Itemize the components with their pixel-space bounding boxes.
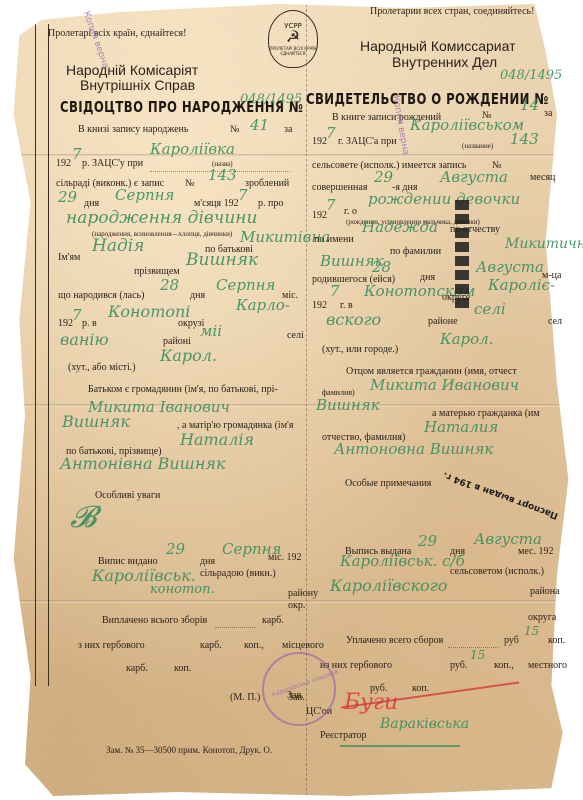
left-karb-label: карб.	[262, 615, 284, 626]
left-no-label: №	[185, 178, 195, 189]
right-surname-label: по фамилии	[390, 246, 441, 257]
left-birth-day: 28	[160, 276, 179, 294]
left-slogan: Пролетарі всіх країн, єднайтеся!	[48, 28, 186, 39]
left-event-type: народження дівчини	[66, 208, 257, 228]
left-village-label: селі	[287, 330, 304, 341]
left-karb-label: карб.	[126, 663, 148, 674]
right-child-name: Надежда	[362, 218, 438, 236]
green-signature-underline	[340, 745, 460, 747]
left-record-year: 7	[238, 186, 248, 204]
printer-imprint: Зам. № 35—30500 прим. Конотоп, Друк. О.	[106, 745, 272, 755]
right-okrug-name: Кароліє-	[488, 276, 555, 294]
left-header-line1: Народній Комісаріят	[66, 62, 198, 78]
right-rub-label: руб.	[450, 660, 467, 671]
left-okrug-name: Карло-	[236, 296, 290, 314]
right-council-label: сельсоветом (исполк.)	[450, 566, 544, 577]
right-kop-label: коп.	[548, 635, 565, 646]
right-month-label: мес. 192	[518, 546, 553, 557]
right-year-prefix: 192	[312, 136, 327, 147]
right-kop-label: коп.	[412, 683, 429, 694]
left-kop-label: коп.,	[244, 640, 264, 651]
left-birth-month: Серпня	[216, 276, 275, 294]
margin-rule	[48, 24, 49, 686]
right-title: СВИДЕТЕЛЬСТВО О РОЖДЕНИИ №	[306, 90, 549, 108]
right-zags-sub: (название)	[462, 142, 493, 150]
right-header-line1: Народный Комиссариат	[360, 38, 516, 54]
left-about-label: р. про	[258, 198, 283, 209]
right-settlement-name: Карол.	[440, 330, 494, 348]
right-record-year: 7	[326, 196, 336, 214]
right-about-label: г. о	[344, 206, 357, 217]
right-paid-label: Уплачено всего сборов	[346, 635, 443, 646]
right-record-day: 29	[374, 168, 393, 186]
left-mother-name: Наталія	[180, 430, 254, 449]
left-stamp-duty-label: з них гербового	[78, 640, 145, 651]
hammer-sickle-icon: ☭	[286, 30, 300, 46]
left-made-label: зроблений	[245, 178, 289, 189]
left-year-hw: 7	[72, 145, 82, 163]
right-rub-label: руб	[504, 635, 519, 646]
right-settlement-label: (хут., или городе.)	[322, 344, 398, 355]
left-paid-label: Виплачено всього зборів	[102, 615, 207, 626]
right-council-name: Кароліївськ. с/б	[340, 552, 465, 570]
right-birth-day: 28	[372, 258, 391, 276]
right-record-no: 143	[510, 130, 539, 148]
left-record-day: 29	[58, 188, 77, 206]
left-header-line2: Внутрішніх Справ	[80, 77, 195, 93]
right-birth-year: 7	[330, 282, 340, 300]
left-rayon-name: міі	[200, 322, 222, 340]
emblem-motto: ПРОЛЕТАРІ ВСІХ КРАЇН ЄДНАЙТЕСЯ	[269, 46, 317, 56]
left-notes-label: Особливі уваги	[95, 490, 160, 501]
black-ink-smear	[455, 200, 469, 310]
left-child-name: Надія	[92, 236, 144, 256]
left-zags-place: Кароліївка	[150, 140, 235, 158]
right-made-label: совершенная	[312, 182, 367, 193]
right-birth-month: Августа	[476, 258, 544, 276]
ussr-emblem: УСРР ☭ ПРОЛЕТАРІ ВСІХ КРАЇН ЄДНАЙТЕСЯ	[268, 10, 318, 68]
right-header-line2: Внутренних Дел	[392, 54, 497, 70]
right-record-month: Августа	[440, 168, 508, 186]
right-mother-name: Наталия	[424, 418, 498, 436]
left-day-label: дня	[200, 556, 215, 567]
left-council-region: конотоп.	[150, 582, 215, 597]
right-rayon-label: районе	[428, 316, 458, 327]
right-village-label: сел	[548, 316, 562, 327]
left-book-label: В книзі запису народжень	[78, 124, 188, 135]
left-year-prefix: 192	[58, 318, 73, 329]
right-stamp-duty-amount: 15	[470, 648, 485, 662]
left-no-label: №	[230, 124, 240, 135]
left-cert-number: 048/1495	[240, 92, 302, 107]
notes-strike-scribble: 𝓑	[70, 500, 96, 535]
left-zags-label: р. ЗАЦС'у при	[82, 158, 143, 169]
right-cert-number: 048/1495	[500, 68, 562, 83]
right-year-prefix: 192	[312, 300, 327, 311]
right-okrug-label: округа	[528, 612, 556, 623]
left-book-no: 41	[250, 116, 269, 134]
left-council-label: сільрадою (викн.)	[200, 568, 276, 579]
right-rayon-name: селі	[474, 300, 506, 318]
right-paid-amount: 15	[524, 624, 539, 638]
right-father-surname: Вишняк	[316, 396, 380, 414]
left-settlement-label: (хут., або місті.)	[68, 362, 136, 373]
right-council-region: Кароліївского	[330, 576, 447, 595]
left-settlement-name: Карол.	[160, 346, 217, 365]
left-father-label: Батьком є громадянин (ім'я, по батькові,…	[88, 384, 278, 395]
left-day-label: дня	[190, 290, 205, 301]
fill-line	[215, 626, 255, 628]
left-name-label: Ім'ям	[58, 252, 80, 263]
left-birth-year: 7	[72, 306, 82, 324]
right-zags-place: Кароліївськом	[410, 116, 524, 134]
left-rayon-label: району	[288, 588, 318, 599]
right-slogan: Пролетарии всех стран, соединяйтесь!	[370, 6, 534, 17]
right-local-label: местного	[528, 660, 567, 671]
right-mother-fullname: Антоновна Вишняк	[334, 440, 493, 458]
right-rayon-label: района	[530, 586, 560, 597]
right-year-hw: 7	[326, 124, 336, 142]
left-karb-label: карб.	[200, 640, 222, 651]
right-name-label: по имени	[314, 234, 354, 245]
left-child-surname: Вишняк	[186, 250, 258, 270]
left-okrug-label: окр.	[288, 600, 305, 611]
right-okrug-name-cont: вского	[326, 310, 381, 329]
right-za-label: за	[544, 108, 552, 119]
seal-place-label: (М. П.)	[230, 692, 260, 703]
right-month-label: месяц	[530, 172, 555, 183]
registrar-signature: Вараківська	[380, 716, 469, 732]
paper-fold	[8, 154, 574, 157]
margin-rule	[35, 24, 36, 686]
left-father-surname: Вишняк	[62, 412, 130, 431]
left-month-label: міс. 192	[268, 552, 302, 563]
right-book-no: 14	[520, 96, 539, 114]
right-zags-label: г. ЗАЦС'а при	[338, 136, 397, 147]
right-child-patronymic: Микитична	[505, 236, 583, 252]
left-kop-label: коп.	[174, 663, 191, 674]
registrar-label: Реєстратор	[320, 730, 367, 741]
left-local-label: місцевого	[282, 640, 324, 651]
right-notes-label: Особые примечания	[345, 478, 431, 489]
left-in-label: р. в	[82, 318, 97, 329]
left-record-no: 143	[208, 166, 237, 184]
left-za-label: за	[284, 124, 292, 135]
left-issued-day: 29	[166, 540, 185, 558]
right-event-type: рождении девочки	[368, 190, 520, 208]
left-record-month: Серпня	[115, 186, 174, 204]
right-year-prefix: 192	[312, 210, 327, 221]
left-born-label: що народився (лась)	[58, 290, 144, 301]
right-kop-label: коп.,	[494, 660, 514, 671]
right-issued-day: 29	[418, 532, 437, 550]
right-father-name: Микита Иванович	[370, 376, 519, 394]
left-mother-fullname: Антонівна Вишняк	[60, 454, 226, 473]
left-okrug-name-cont: ванію	[60, 330, 109, 349]
left-year-prefix: 192	[56, 158, 71, 169]
